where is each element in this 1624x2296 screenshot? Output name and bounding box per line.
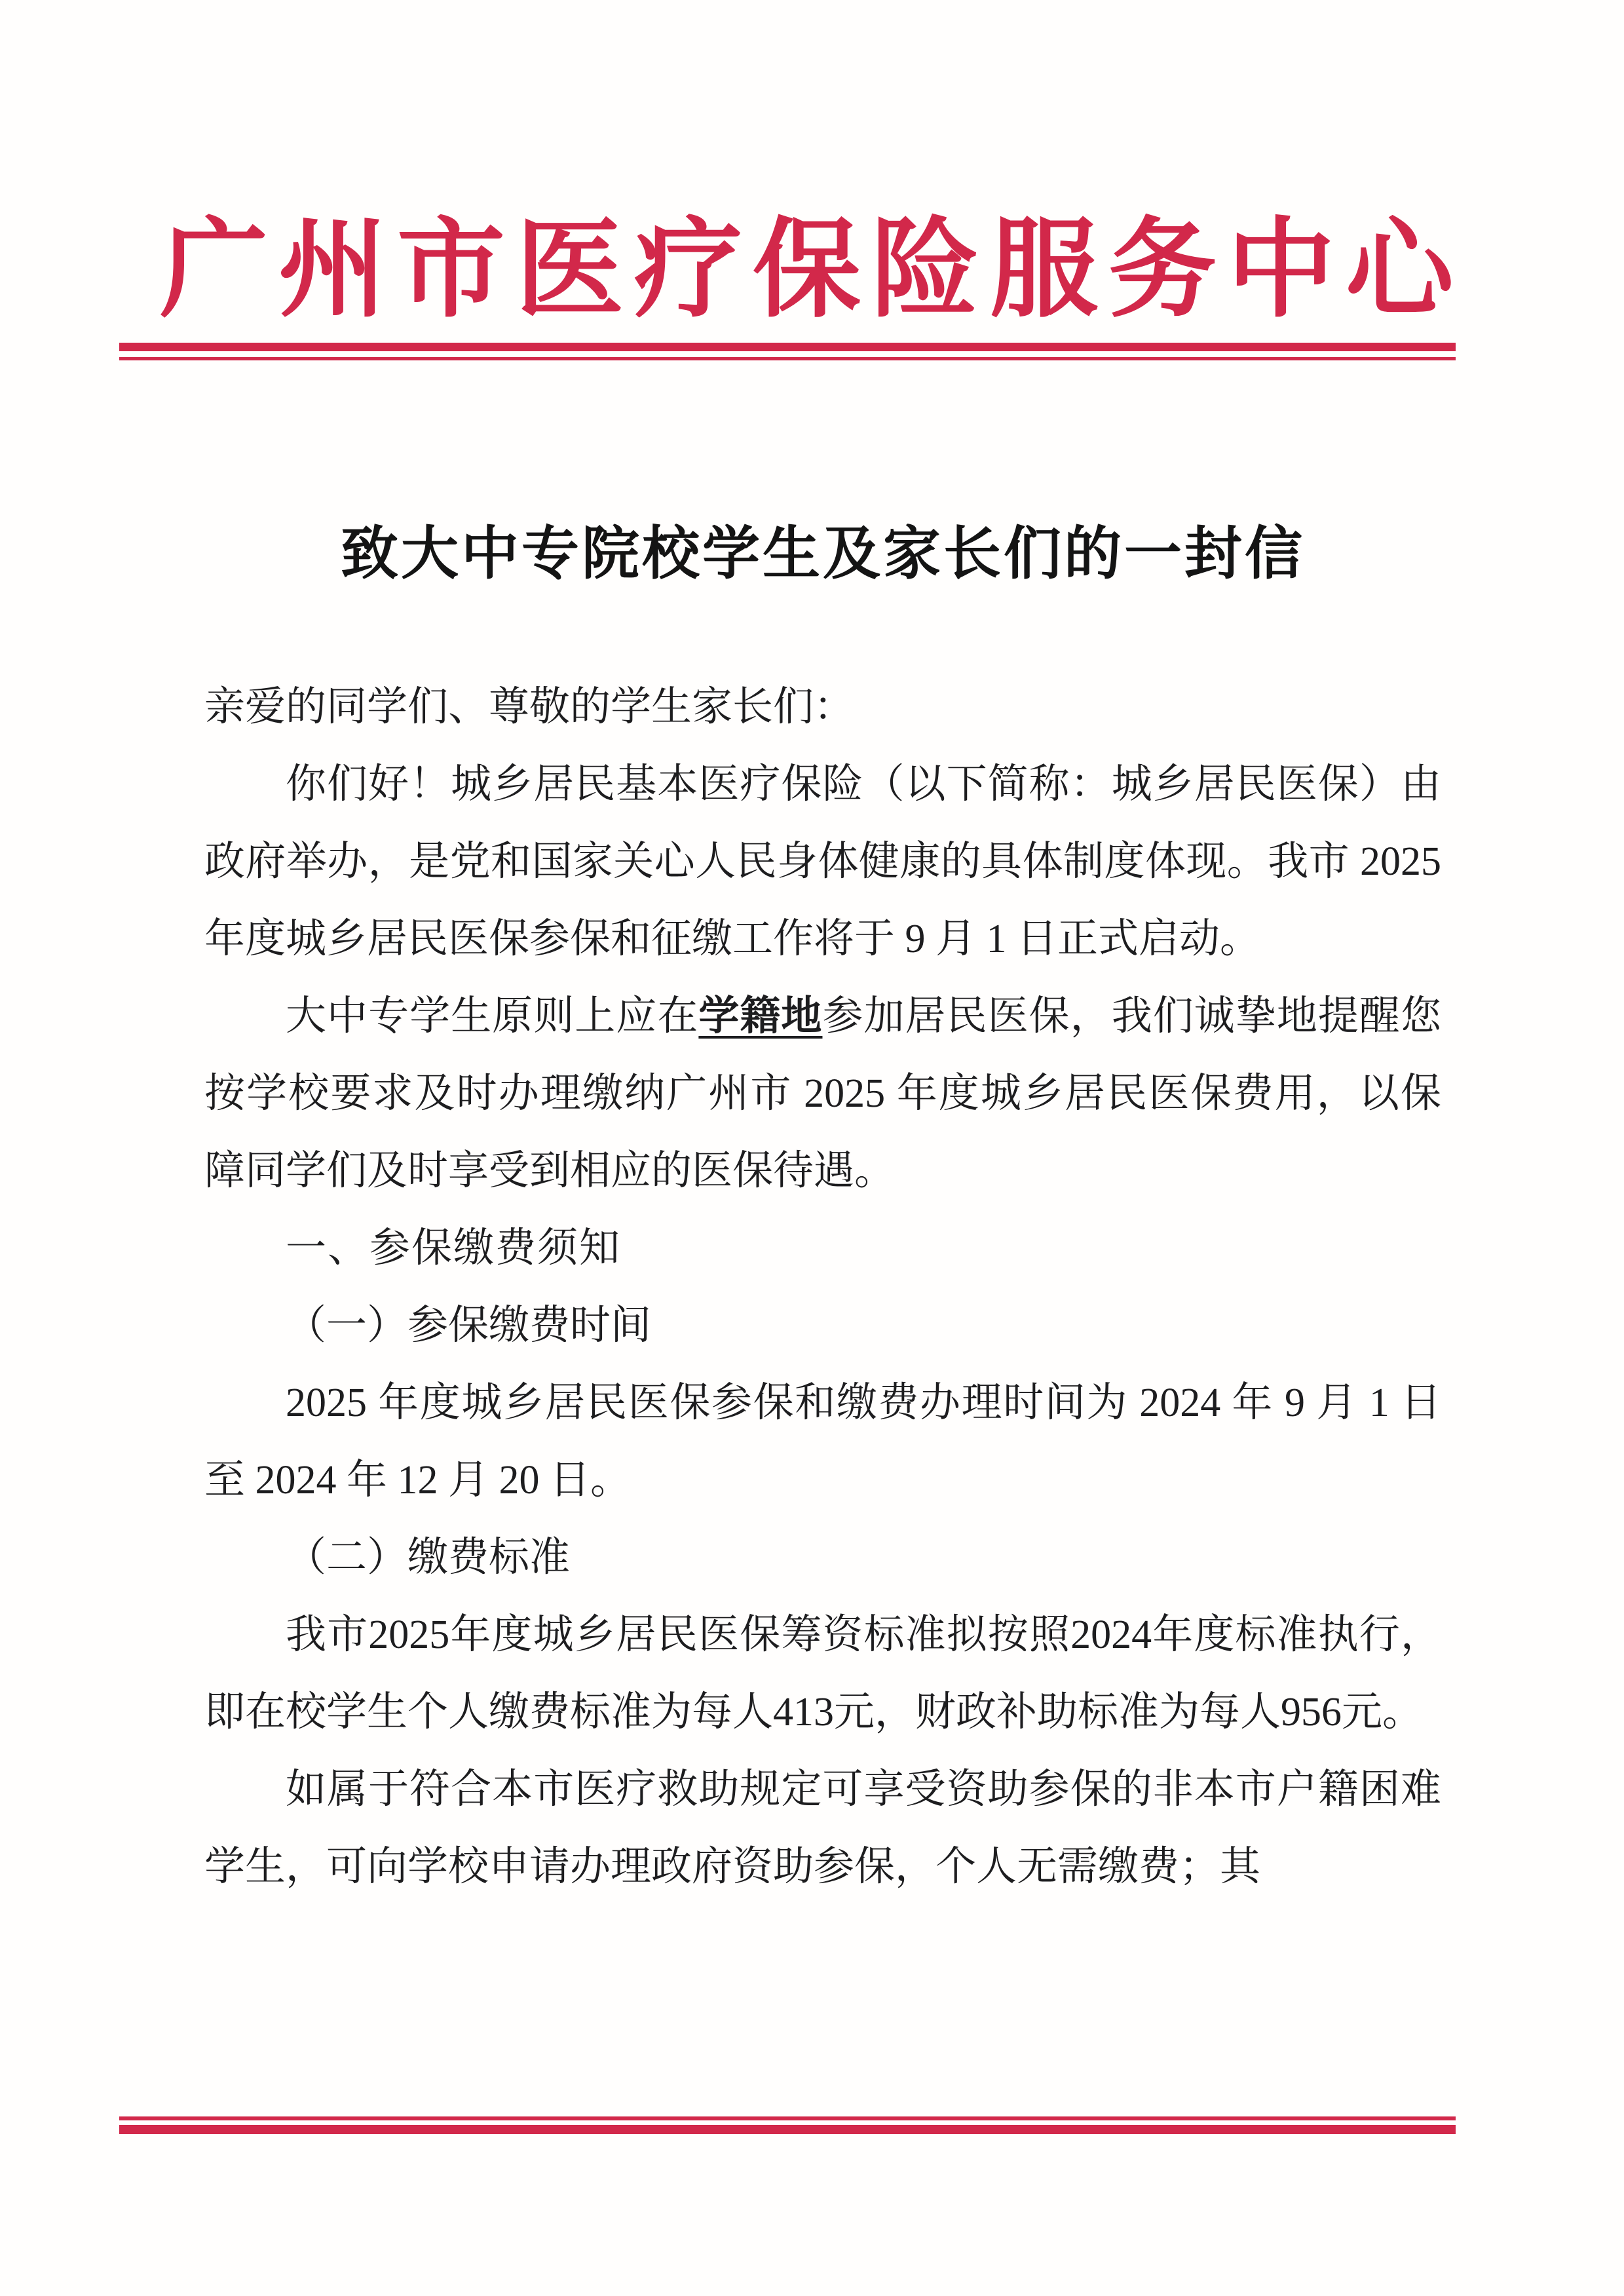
scanned-letter-page: 广州市医疗保险服务中心 致大中专院校学生及家长们的一封信 亲爱的同学们、尊敬的学… (0, 0, 1624, 2296)
letterhead-org-name: 广州市医疗保险服务中心 (0, 204, 1624, 336)
header-rule-thick (119, 343, 1456, 351)
paragraph-intro: 你们好！城乡居民基本医疗保险（以下简称：城乡居民医保）由政府举办，是党和国家关心… (204, 746, 1441, 978)
paragraph-subsidy: 如属于符合本市医疗救助规定可享受资助参保的非本市户籍困难学生，可向学校申请办理政… (204, 1751, 1441, 1905)
subsection-1-heading: （一）参保缴费时间 (204, 1287, 1441, 1364)
letter-title: 致大中专院校学生及家长们的一封信 (204, 519, 1441, 591)
salutation-line: 亲爱的同学们、尊敬的学生家长们： (204, 668, 1441, 746)
letter-body: 致大中专院校学生及家长们的一封信 亲爱的同学们、尊敬的学生家长们： 你们好！城乡… (204, 519, 1441, 1905)
header-rule-thin (119, 357, 1456, 360)
enrollment-text-before: 大中专学生原则上应在 (286, 994, 698, 1039)
footer-rule-thick (119, 2125, 1456, 2134)
paragraph-enrollment-time: 2025 年度城乡居民医保参保和缴费办理时间为 2024 年 9 月 1 日至 … (204, 1364, 1441, 1519)
paragraph-enrollment: 大中专学生原则上应在学籍地参加居民医保，我们诚挚地提醒您按学校要求及时办理缴纳广… (204, 978, 1441, 1210)
subsection-2-heading: （二）缴费标准 (204, 1519, 1441, 1596)
section-1-heading: 一、参保缴费须知 (204, 1210, 1441, 1287)
enrollment-location-emphasis: 学籍地 (698, 993, 822, 1039)
paragraph-payment-standard: 我市2025年度城乡居民医保筹资标准拟按照2024年度标准执行，即在校学生个人缴… (204, 1596, 1441, 1751)
footer-rule-thin (119, 2116, 1456, 2120)
